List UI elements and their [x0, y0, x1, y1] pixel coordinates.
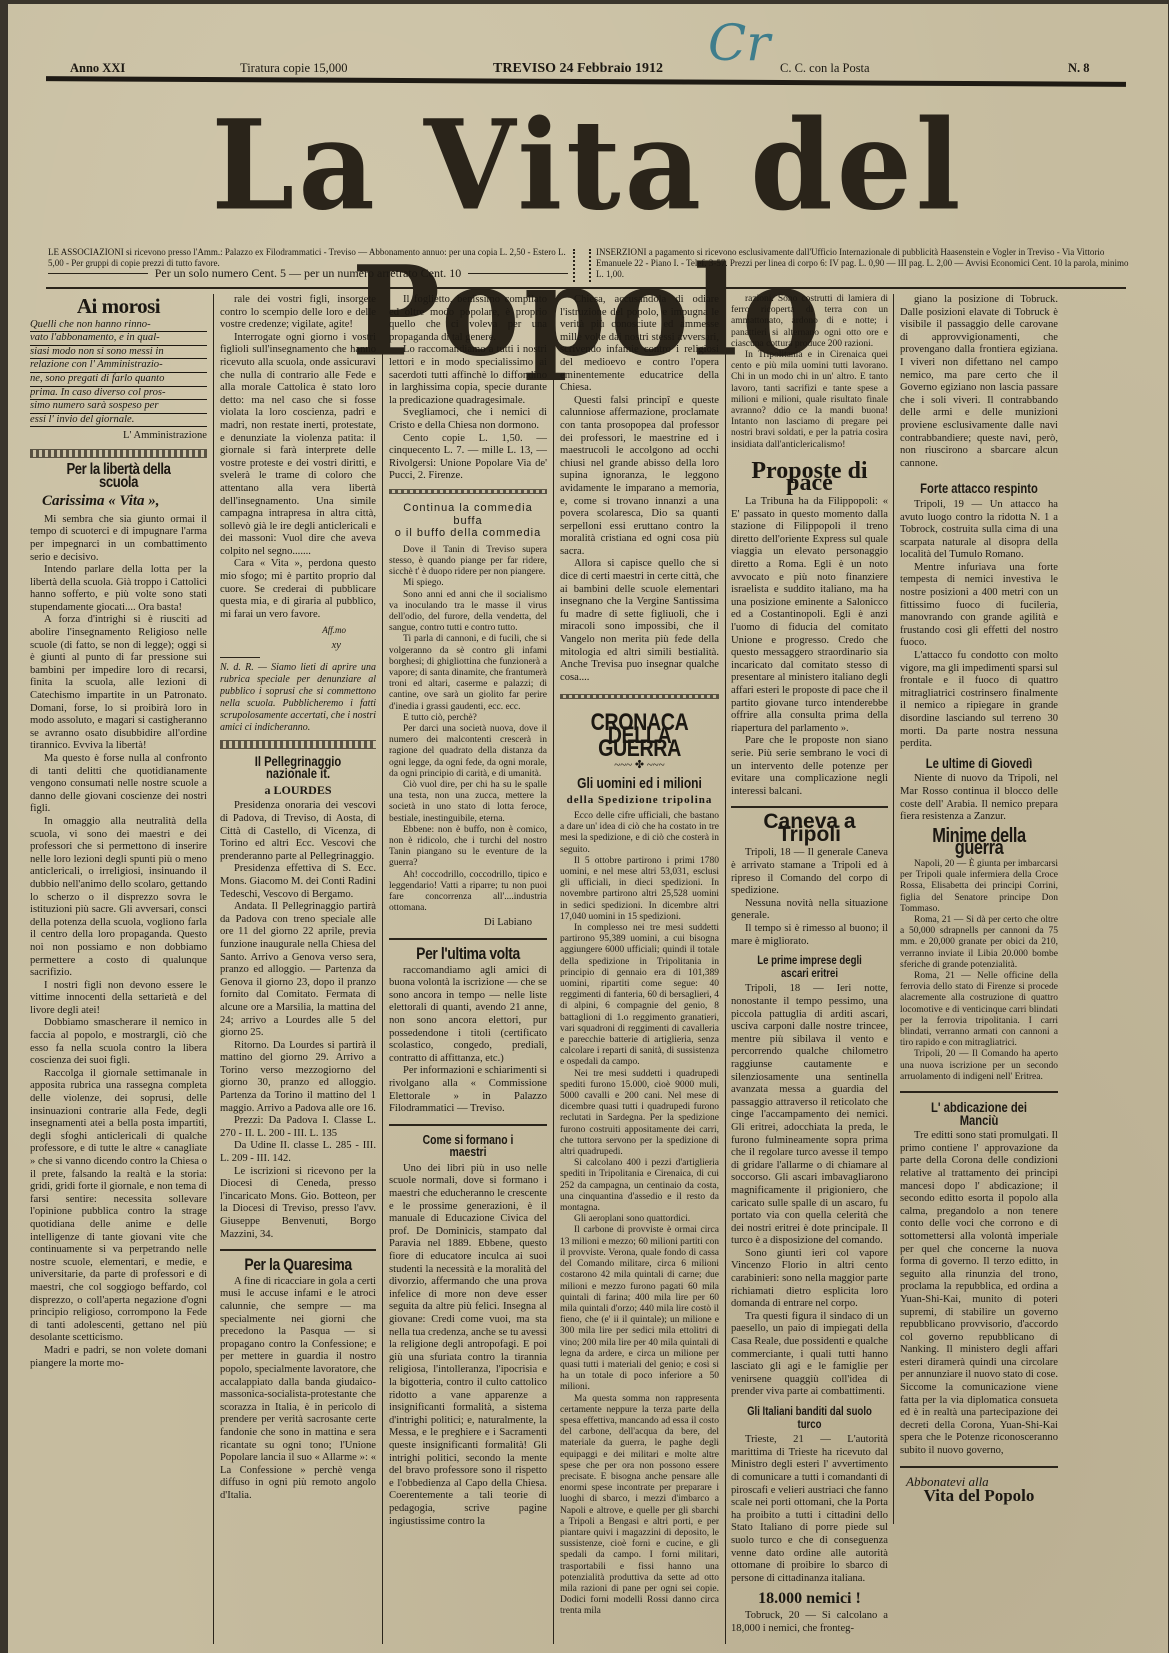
milioni-body: Ecco delle cifre ufficiali, che bastano … [560, 811, 719, 1618]
paragraph: Il foglietto, benissimo compilato ed olt… [389, 294, 547, 344]
abbonatevi-title: Vita del Popolo [900, 1490, 1058, 1503]
paragraph: Mi spiego. [389, 578, 547, 589]
paragraph: Quelli che non hanno rinno- [30, 319, 207, 333]
morosi-notice: Quelli che non hanno rinno-vato l'abbona… [30, 319, 207, 428]
ascari-body-3: Tra questi figura il sindaco di un paese… [731, 1311, 888, 1399]
paragraph: Le iscrizioni si ricevono per la Diocesi… [220, 1166, 376, 1242]
liberta-continued: rale dei vostri figli, insorgete contro … [220, 294, 376, 621]
morosi-sign: L' Amministrazione [30, 430, 207, 443]
paragraph: A forza d'intrighi si è riusciti ad abol… [30, 614, 207, 753]
paragraph: Dove il Tanin di Treviso supera stesso, … [389, 545, 547, 579]
nemici-continued: giano la posizione di Tobruck. Dalle pos… [900, 294, 1058, 470]
paragraph: Allora si capisce quello che si dice di … [560, 558, 719, 684]
paragraph: Il 5 ottobre partirono i primi 1780 uomi… [560, 856, 719, 923]
paragraph: Sono anni ed anni che il socialismo va i… [389, 590, 547, 635]
ornament [560, 694, 719, 699]
paragraph: I nostri figli non devono essere le vitt… [30, 980, 207, 1018]
pace-body: La Tribuna ha da Filippopoli: « E' passa… [731, 496, 888, 798]
paragraph: Svegliamoci, che i nemici di Cristo e de… [389, 407, 547, 432]
paragraph: Tripoli, 18 — Il generale Caneva è arriv… [731, 847, 888, 897]
quaresima-continued: Il foglietto, benissimo compilato ed olt… [389, 294, 547, 483]
paragraph: Ma questo è forse nulla al confronto di … [30, 753, 207, 816]
column-rule [382, 294, 383, 1644]
paragraph: Prezzi: Da Padova I. Classe L. 270 - II.… [220, 1115, 376, 1140]
anno: Anno XXI [70, 61, 125, 76]
sign-initials: xy [220, 640, 341, 653]
paragraph: Ah! coccodrillo, coccodrillo, tipico e l… [389, 870, 547, 915]
column-5: razioni. Sono costrutti di lamiera di fe… [731, 294, 888, 1634]
nemici-body: Tobruck, 20 — Si calcolano a 18,000 i ne… [731, 1610, 888, 1634]
issue-number: N. 8 [1068, 61, 1090, 76]
ascari-body: Tripoli, 18 — Ieri notte, nonostante il … [731, 983, 888, 1247]
column-3: Il foglietto, benissimo compilato ed olt… [389, 294, 547, 1634]
paragraph: Presidenza effettiva di S. Ecc. Mons. Gi… [220, 863, 376, 901]
paragraph: Roma, 21 — Si dà per certo che oltre a 5… [900, 915, 1058, 971]
minime-title: Minime della guerra [914, 830, 1044, 855]
paragraph: Nessuna novità nella situazione generale… [731, 898, 888, 923]
paragraph: Ciò vuol dire, per chi ha su le spalle u… [389, 780, 547, 825]
paragraph: Cara « Vita », perdona questo mio sfogo;… [220, 558, 376, 621]
ornament [220, 740, 376, 749]
pellegrinaggio-subtitle: a LOURDES [220, 784, 376, 797]
editor-note: N. d. R. — Siamo lieti di aprire una rub… [220, 662, 376, 734]
ascari-body-2: Sono giunti ieri col vapore Vincenzo Flo… [731, 1248, 888, 1311]
paragraph: E tutto ciò, perchè? [389, 713, 547, 724]
paragraph: vato l'abbonamento, e in qual- [30, 332, 207, 346]
paragraph: Si calcolano 400 i pezzi d'artiglieria s… [560, 1158, 719, 1214]
paragraph: Ti parla di cannoni, e di fucili, che si… [389, 634, 547, 712]
paragraph: Gli aeroplani sono quattordici. [560, 1214, 719, 1225]
maestri-body: Uno dei libri più in uso nelle scuole no… [389, 1163, 547, 1528]
quaresima-title: Per la Quaresima [234, 1259, 362, 1272]
liberta-body: Mi sembra che sia giunto ormai il tempo … [30, 514, 207, 1370]
ascari-title: Le prime imprese degli ascari eritrei [747, 954, 873, 979]
paragraph: Chiesa, accusandola di odiare l'istruzio… [560, 294, 719, 395]
paragraph: Napoli, 20 — È giunta per imbarcarsi per… [900, 859, 1058, 915]
paragraph: giano la posizione di Tobruck. Dalle pos… [900, 294, 1058, 470]
price-line: Per un solo numero Cent. 5 — per un nume… [48, 266, 568, 281]
morosi-title: Ai morosi [30, 300, 207, 313]
paragraph: La Tribuna ha da Filippopoli: « E' passa… [731, 496, 888, 735]
pellegrinaggio-title: Il Pellegrinaggio nazionale it. [236, 755, 361, 780]
forte-body-2: Mentre infuriava una forte tempesta di n… [900, 562, 1058, 650]
column-rule [893, 294, 894, 1524]
paragraph: Per darci una società nuova, dove il num… [389, 724, 547, 780]
paragraph: Interrogate ogni giorno i vostri figliol… [220, 332, 376, 559]
manciu-body: Tre editti sono stati promulgati. Il pri… [900, 1130, 1058, 1457]
paragraph: prima. In caso diverso col pros- [30, 387, 207, 401]
paragraph: Ma questa somma non rappresenta certamen… [560, 1394, 719, 1618]
banditi-body: Trieste, 21 — L'autorità marittima di Tr… [731, 1434, 888, 1585]
paragraph: Roma, 21 — Nelle officine della ferrovia… [900, 971, 1058, 1049]
forte-title: Forte attacco respinto [916, 482, 1042, 495]
paragraph: essi l' invio del giornale. [30, 414, 207, 428]
paragraph: siasi modo non si sono messi in [30, 346, 207, 360]
paragraph: Dobbiamo smascherare il nemico in faccia… [30, 1017, 207, 1067]
maestri-continued: Chiesa, accusandola di odiare l'istruzio… [560, 294, 719, 684]
paragraph: Mi sembra che sia giunto ormai il tempo … [30, 514, 207, 564]
paragraph: Ebbene: non è buffo, non è comico, non è… [389, 825, 547, 870]
ultima-body: raccomandiamo agli amici di buona volont… [389, 965, 547, 1116]
paragraph: Cento copie L. 1,50. — cinquecento L. 7.… [389, 433, 547, 483]
column-1: Ai morosi Quelli che non hanno rinno-vat… [30, 294, 207, 1634]
manciu-title: L' abdicazione dei Manciù [916, 1101, 1042, 1126]
caneva-title: Caneva a Tripoli [731, 816, 888, 841]
column-rule [725, 294, 726, 1644]
paragraph: Pare che le proposte non siano serie. Pi… [731, 735, 888, 798]
paragraph: Nei tre mesi suddetti i quadrupedi spedi… [560, 1069, 719, 1159]
cronaca-title: CRONACA DELLA GUERRA [574, 717, 704, 755]
paragraph: Il carbone di provviste è ormai circa 13… [560, 1225, 719, 1393]
paragraph: In complesso nei tre mesi suddetti parti… [560, 923, 719, 1069]
forte-body-3: L'attacco fu condotto con molto vigore, … [900, 650, 1058, 751]
place-date: TREVISO 24 Febbraio 1912 [493, 61, 663, 77]
milioni-continued: razioni. Sono costrutti di lamiera di fe… [731, 294, 888, 451]
paragraph: In Tripolitania e in Cirenaica quei cent… [731, 350, 888, 451]
commedia-sign: Di Labiano [389, 917, 532, 930]
paragraph: Andata. Il Pellegrinaggio partirà da Pad… [220, 901, 376, 1040]
paragraph: Questi falsi principî e queste calunnios… [560, 395, 719, 559]
liberta-title: Per la libertà della scuola [46, 464, 191, 489]
quaresima-body: A fine di ricacciare in gola a certi mus… [220, 1276, 376, 1503]
caneva-body: Tripoli, 18 — Il generale Caneva è arriv… [731, 847, 888, 948]
giovedi-body: Niente di nuovo da Tripoli, nel Mar Ross… [900, 773, 1058, 823]
liberta-salutation: Carissima « Vita », [42, 495, 207, 508]
paragraph: razioni. Sono costrutti di lamiera di fe… [731, 294, 888, 350]
column-4: Chiesa, accusandola di odiare l'istruzio… [560, 294, 719, 1634]
maestri-title: Come si formano i maestri [405, 1134, 531, 1159]
paragraph: simo numero sarà sospeso per [30, 400, 207, 414]
commedia-title-2: o il buffo della commedia [389, 527, 547, 540]
column-rule [213, 294, 214, 1644]
paragraph: Presidenza onoraria dei vescovi di Padov… [220, 800, 376, 863]
postal-note: C. C. con la Posta [780, 61, 870, 76]
paragraph: Il tempo si è rimesso al buono; il mare … [731, 923, 888, 948]
paragraph: Ecco delle cifre ufficiali, che bastano … [560, 811, 719, 856]
ornamental-divider [573, 249, 591, 282]
commedia-body: Dove il Tanin di Treviso supera stesso, … [389, 545, 547, 915]
ultima-title: Per l'ultima volta [403, 948, 533, 961]
paragraph: Ritorno. Da Lourdes si partirà il mattin… [220, 1040, 376, 1116]
commedia-title-1: Continua la commedia buffa [389, 502, 547, 527]
paragraph: In omaggio alla neutralità della scuola,… [30, 816, 207, 980]
pace-title: Proposte di pace [731, 465, 888, 490]
tiratura: Tiratura copie 15,000 [240, 61, 348, 76]
paragraph: Tripoli, 20 — Il Comando ha aperto una n… [900, 1049, 1058, 1083]
paragraph: rale dei vostri figli, insorgete contro … [220, 294, 376, 332]
header-rule [46, 287, 1126, 289]
column-2: rale dei vostri figli, insorgete contro … [220, 294, 376, 1634]
milioni-title: Gli uomini ed i milioni [576, 778, 703, 791]
ornament [30, 449, 207, 458]
paragraph: Raccolga il giornale settimanale in appo… [30, 1068, 207, 1345]
milioni-subtitle: della Spedizione tripolina [560, 794, 719, 807]
paragraph: relazione con l' Amministrazio- [30, 359, 207, 373]
paragraph: Intendo parlare della lotta per la liber… [30, 564, 207, 614]
paragraph: Per informazioni e schiarimenti si rivol… [389, 1065, 547, 1115]
sign-affmo: Aff.mo [220, 624, 346, 637]
paragraph: raccomandiamo agli amici di buona volont… [389, 965, 547, 1066]
paragraph: Madri e padri, se non volete domani pian… [30, 1345, 207, 1370]
forte-body: Tripoli, 19 — Un attacco ha avuto luogo … [900, 499, 1058, 562]
paragraph: Da Udine II. classe L. 285 - III. L. 209… [220, 1140, 376, 1165]
nemici-title: 18.000 nemici ! [731, 1593, 888, 1606]
paragraph: Lo raccomandiamo a tutti i nostri lettor… [389, 344, 547, 407]
pellegrinaggio-body: Presidenza onoraria dei vescovi di Padov… [220, 800, 376, 1241]
column-6: giano la posizione di Tobruck. Dalle pos… [900, 294, 1058, 1634]
minime-body: Napoli, 20 — È giunta per imbarcarsi per… [900, 859, 1058, 1083]
banditi-title: Gli Italiani banditi dal suolo turco [747, 1405, 873, 1430]
column-rule [553, 294, 554, 1644]
paragraph: ne, sono pregati di farlo quanto [30, 373, 207, 387]
newspaper-page: Cr Anno XXI Tiratura copie 15,000 TREVIS… [8, 4, 1168, 1653]
ornament [389, 489, 547, 494]
giovedi-title: Le ultime di Giovedì [916, 757, 1042, 770]
inserzioni-info: INSERZIONI a pagamento si ricevono esclu… [596, 247, 1136, 280]
